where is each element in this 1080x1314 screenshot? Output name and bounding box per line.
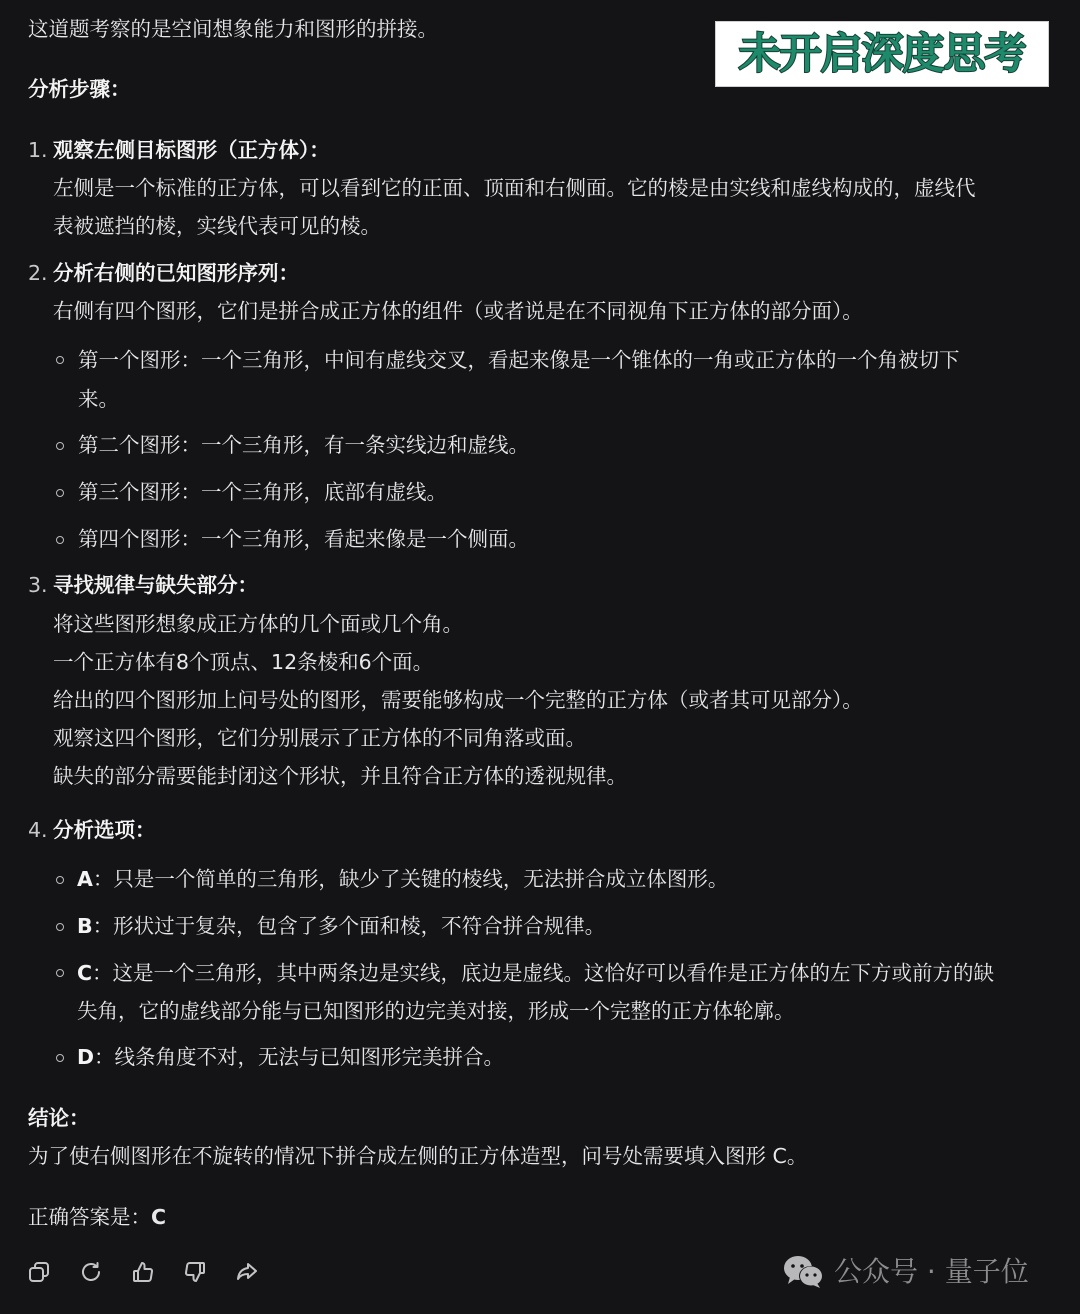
step-text: 将这些图形想象成正方体的几个面或几个角。 <box>53 605 463 643</box>
deep-thinking-off-badge: 未开启深度思考 <box>715 21 1049 87</box>
list-item-text: 第一个图形：一个三角形，中间有虚线交叉，看起来像是一个锥体的一角或正方体的一个角… <box>78 341 960 379</box>
list-item-text: 第三个图形：一个三角形，底部有虚线。 <box>78 473 447 511</box>
bullet-icon <box>56 536 64 544</box>
list-item-text: 第四个图形：一个三角形，看起来像是一个侧面。 <box>78 520 529 558</box>
option-text: ：线条角度不对，无法与已知图形完美拼合。 <box>94 1045 504 1069</box>
option-text-row: B：形状过于复杂，包含了多个面和棱，不符合拼合规律。 <box>77 907 605 945</box>
bullet-icon <box>56 876 64 884</box>
option-text: 失角，它的虚线部分能与已知图形的边完美对接，形成一个完整的正方体轮廓。 <box>77 992 795 1030</box>
like-button[interactable] <box>128 1255 158 1289</box>
answer-value: C <box>151 1205 166 1229</box>
regenerate-button[interactable] <box>76 1255 106 1289</box>
step-text: 观察这四个图形，它们分别展示了正方体的不同角落或面。 <box>53 719 586 757</box>
option-text: ：形状过于复杂，包含了多个面和棱，不符合拼合规律。 <box>93 914 606 938</box>
step-text: 给出的四个图形加上问号处的图形，需要能够构成一个完整的正方体（或者其可见部分）。 <box>53 681 863 719</box>
step-title: 分析右侧的已知图形序列： <box>53 254 299 292</box>
share-icon <box>235 1260 259 1284</box>
step-number: 3. <box>28 566 48 604</box>
conclusion-heading: 结论： <box>28 1099 90 1137</box>
option-letter: A <box>77 867 93 891</box>
step-text: 缺失的部分需要能封闭这个形状，并且符合正方体的透视规律。 <box>53 757 627 795</box>
step-title: 观察左侧目标图形（正方体）： <box>53 131 330 169</box>
step-title: 分析选项： <box>53 811 156 849</box>
copy-button[interactable] <box>24 1255 54 1289</box>
thumbs-up-icon <box>131 1260 155 1284</box>
step-number: 1. <box>28 131 48 169</box>
dislike-button[interactable] <box>180 1255 210 1289</box>
regenerate-icon <box>79 1260 103 1284</box>
steps-heading: 分析步骤： <box>28 70 131 108</box>
bullet-icon <box>56 356 64 364</box>
bullet-icon <box>56 923 64 931</box>
option-text: ：这是一个三角形，其中两条边是实线，底边是虚线。这恰好可以看作是正方体的左下方或… <box>92 961 994 985</box>
bullet-icon <box>56 442 64 450</box>
option-text: ：只是一个简单的三角形，缺少了关键的棱线，无法拼合成立体图形。 <box>93 867 729 891</box>
option-letter: B <box>77 914 93 938</box>
step-text: 表被遮挡的棱，实线代表可见的棱。 <box>53 207 381 245</box>
step-title: 寻找规律与缺失部分： <box>53 566 258 604</box>
bullet-icon <box>56 969 64 977</box>
list-item-text: 第二个图形：一个三角形，有一条实线边和虚线。 <box>78 426 529 464</box>
conclusion-text: 为了使右侧图形在不旋转的情况下拼合成左侧的正方体造型，问号处需要填入图形 C。 <box>28 1137 807 1175</box>
option-text-row: D：线条角度不对，无法与已知图形完美拼合。 <box>77 1038 504 1076</box>
wechat-icon <box>782 1254 826 1290</box>
option-text-row: A：只是一个简单的三角形，缺少了关键的棱线，无法拼合成立体图形。 <box>77 860 728 898</box>
option-text-row: C：这是一个三角形，其中两条边是实线，底边是虚线。这恰好可以看作是正方体的左下方… <box>77 954 994 992</box>
copy-icon <box>27 1260 51 1284</box>
option-letter: C <box>77 961 92 985</box>
step-number: 4. <box>28 811 48 849</box>
share-button[interactable] <box>232 1255 262 1289</box>
step-text: 一个正方体有8个顶点、12条棱和6个面。 <box>53 643 433 681</box>
thumbs-down-icon <box>183 1260 207 1284</box>
watermark-text: 公众号 · 量子位 <box>834 1250 1029 1294</box>
watermark: 公众号 · 量子位 <box>782 1250 1029 1294</box>
step-number: 2. <box>28 254 48 292</box>
bullet-icon <box>56 489 64 497</box>
option-letter: D <box>77 1045 94 1069</box>
answer-label: 正确答案是： <box>28 1205 151 1229</box>
answer-row: 正确答案是：C <box>28 1198 166 1236</box>
list-item-text: 来。 <box>78 380 119 418</box>
intro-text: 这道题考察的是空间想象能力和图形的拼接。 <box>28 10 438 48</box>
badge-text: 未开启深度思考 <box>738 22 1025 86</box>
step-text: 左侧是一个标准的正方体，可以看到它的正面、顶面和右侧面。它的棱是由实线和虚线构成… <box>53 169 976 207</box>
step-text: 右侧有四个图形，它们是拼合成正方体的组件（或者说是在不同视角下正方体的部分面）。 <box>53 292 863 330</box>
bullet-icon <box>56 1054 64 1062</box>
